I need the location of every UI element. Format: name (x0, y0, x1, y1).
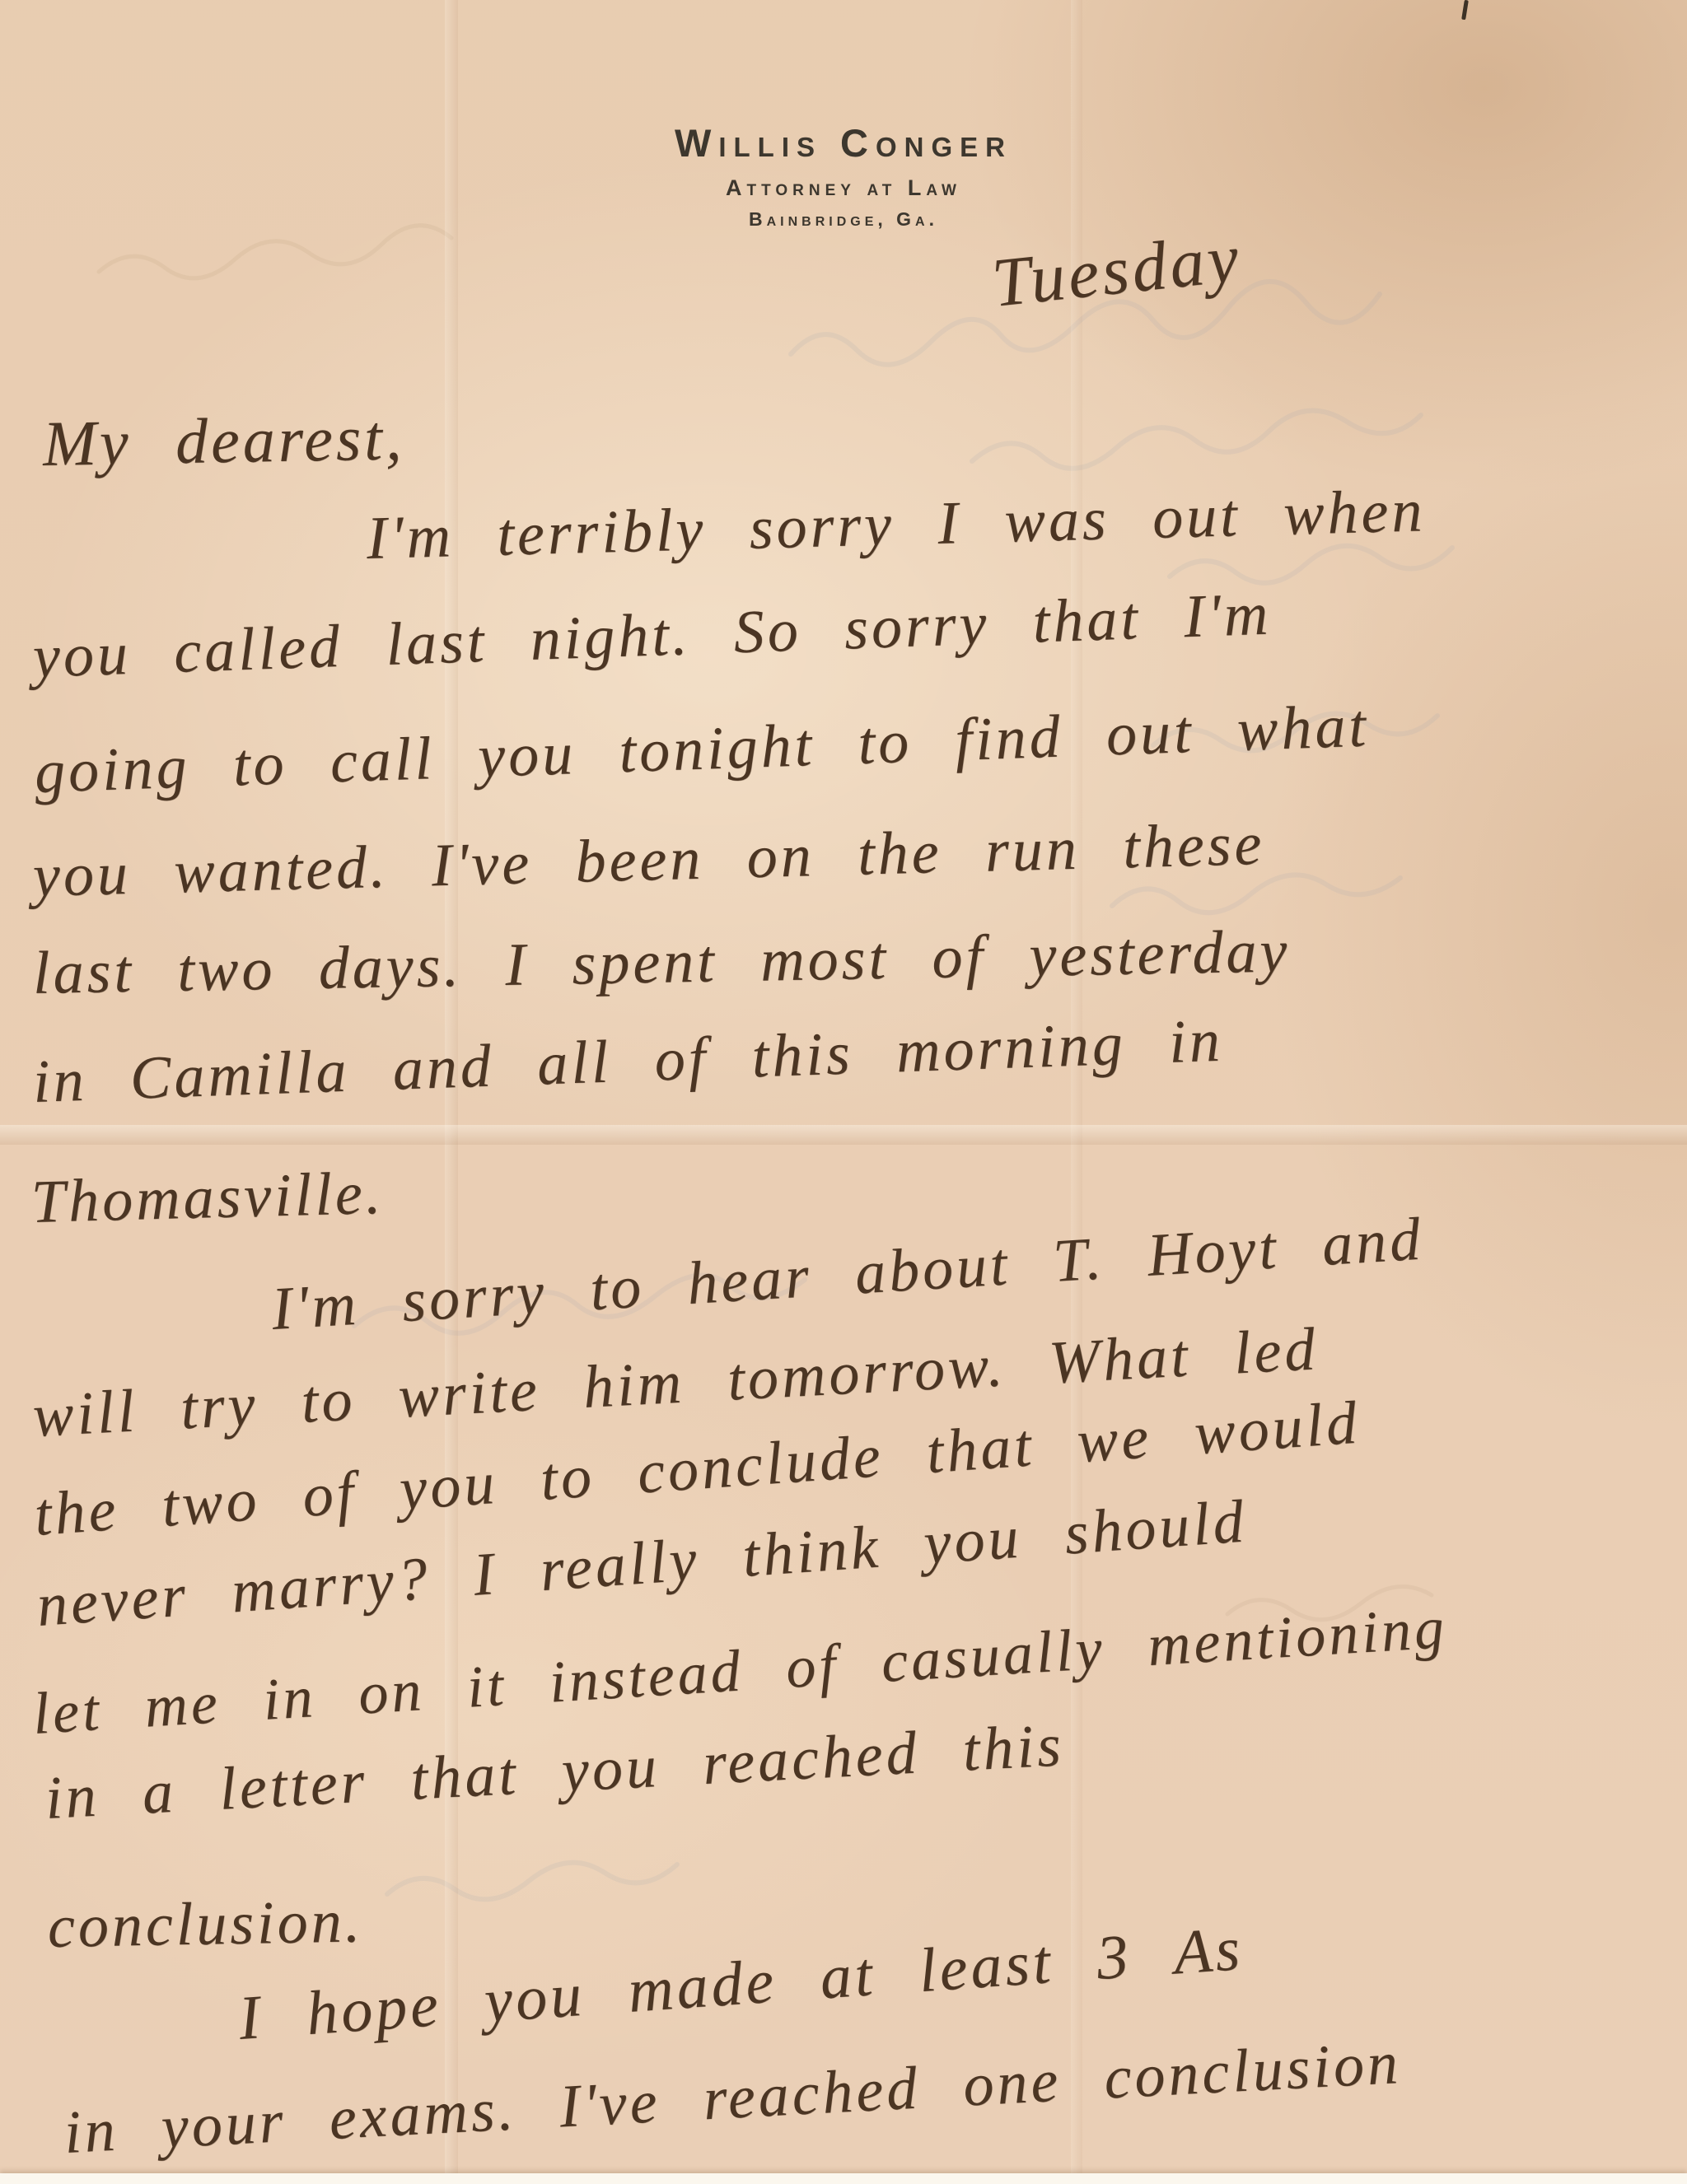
handwritten-line: you called last night. So sorry that I'm (32, 580, 1273, 693)
handwritten-line: last two days. I spent most of yesterday (32, 917, 1291, 1009)
ink-mark (1461, 0, 1469, 20)
handwritten-line: I'm terribly sorry I was out when (366, 476, 1426, 574)
handwritten-line: conclusion. (47, 1887, 364, 1962)
handwritten-line: I hope you made at least 3 As (236, 1913, 1245, 2055)
horizontal-fold-crease (0, 1125, 1687, 1145)
handwritten-line: Thomasville. (30, 1159, 385, 1238)
letterhead-name: Willis Conger (0, 120, 1687, 166)
vertical-fold-crease (1071, 0, 1082, 2184)
salutation: My dearest, (42, 400, 405, 481)
letterhead: Willis Conger Attorney at Law Bainbridge… (0, 120, 1687, 231)
scan-edge (0, 2173, 1687, 2184)
handwritten-line: going to call you tonight to find out wh… (34, 691, 1371, 808)
date-line: Tuesday (988, 218, 1245, 324)
scanned-letter-page: Willis Conger Attorney at Law Bainbridge… (0, 0, 1687, 2184)
letterhead-location: Bainbridge, Ga. (0, 208, 1687, 231)
handwritten-line: in Camilla and all of this morning in (32, 1006, 1225, 1118)
letterhead-title: Attorney at Law (0, 175, 1687, 201)
